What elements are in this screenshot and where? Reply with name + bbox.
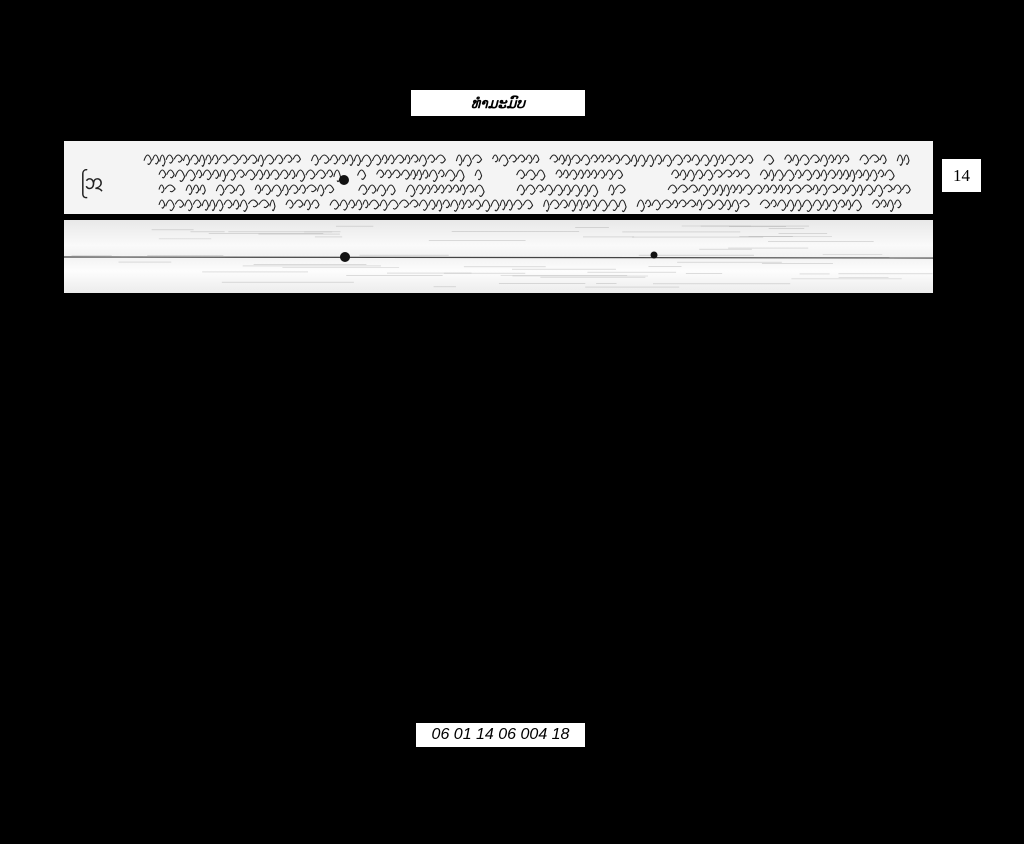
palm-leaf-front: ᩒ [64,141,933,214]
manuscript-title-label: ທຳມະມົບ [411,90,585,116]
page-number-label: 14 [942,159,981,192]
palm-leaf-back [64,220,933,293]
leaf-texture [64,220,933,293]
leaf-side-marker: ᩒ [80,169,104,200]
manuscript-text-lines [64,141,933,214]
archive-reference-label: 06 01 14 06 004 18 [416,723,585,747]
